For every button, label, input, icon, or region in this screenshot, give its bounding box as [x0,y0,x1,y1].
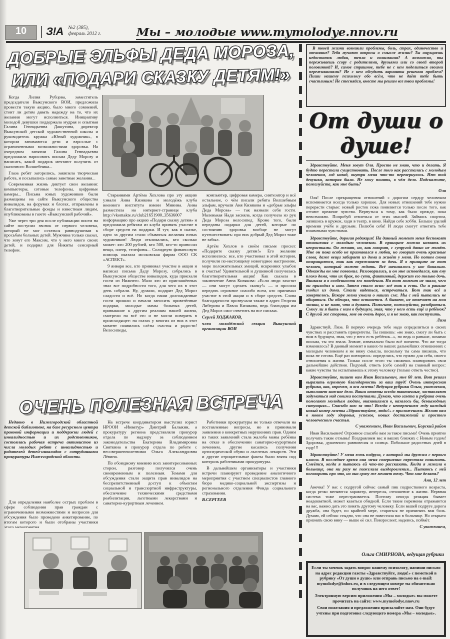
author-signature-role: член молодёжной секции Выксунской органи… [202,321,296,331]
contact-box-line: Электронную версию приложения «Мы – моло… [310,593,442,604]
letter-text: Здравствуйте, дорогая редакция! На данны… [306,236,446,317]
paragraph: компьютер, цифровая камера, синтезатор и… [202,193,296,243]
article-elves-body: Когда Лилия Рубцова, заместитель председ… [4,95,298,392]
paragraph: Уже через три дня после публикации писем… [4,218,98,253]
photo-meeting-speakers-image [25,533,141,608]
body-text: Работники прокуратуры не только отвечали… [202,420,296,502]
paragraph: Для определения наиболее острых проблем … [4,500,98,528]
body-text: Для определения наиболее острых проблем … [4,500,98,528]
soul-intro-box: В твоей жизни возникли проблемы, боль, с… [306,44,446,107]
letter-signature: Лиза [306,318,446,323]
paragraph: В дальнейшем организаторы и участники вс… [202,466,296,496]
letter-signature: Оля [306,188,446,193]
paragraph: Глаза ребят загорелись, закипела творчес… [4,171,98,181]
article-meeting-col2: На встрече координатором выступил юрист … [103,420,197,528]
body-text: Когда Лилия Рубцова, заместитель председ… [4,95,98,253]
photo-meeting-speakers [25,533,141,608]
psychologist-reply: Здравствуй, Лиза. В первую очередь тебе … [306,325,446,373]
issue-info: №2 (385), февраль 2012 г. [68,26,114,38]
body-text: В твоей жизни возникли проблемы, боль, с… [309,46,443,84]
reply-text: Здравствуй, Лиза. В первую очередь тебе … [306,325,446,373]
photo-meeting-audience [145,533,262,608]
photo-group-children [103,95,263,190]
column-divider [299,44,302,602]
soul-rubric-title: От души о душе! [306,108,446,158]
page-number: 10 [6,26,36,39]
paragraph: Современная жизнь диктует свои желания: … [4,182,98,217]
body-text: Стараниями Артёма Хохлова про эту акцию … [103,193,197,333]
article-elves-headline-line2: ИЛИ «ПОДАРИ СКАЗКУ ДЕТЯМ!» [4,64,298,92]
body-text: Недавно в Нижегородской областной детско… [4,420,98,460]
psychologist-reply: Оля! После прекращения отношений с дорог… [306,195,446,233]
article-meeting-body: Недавно в Нижегородской областной детско… [4,420,298,528]
psychologist-reply: Иван Васильевич! Огромное спасибо вам за… [306,431,446,450]
paragraph: Артём Хохлов в своём письме просил: «Под… [202,244,296,313]
paragraph: Стараниями Артёма Хохлова про эту акцию … [103,193,197,262]
letter-text: Здравствуйте. Меня зовут Оля. Просто не … [306,163,446,187]
body-text: Здравствуйте. Меня зовут Оля. Просто не … [306,163,446,529]
site-url: www.mymolodye.nnov.ru [240,25,398,39]
reply-signature: С уважением, [306,524,446,529]
paragraph: Когда Лилия Рубцова, заместитель председ… [4,95,98,169]
masthead: Мы – молодые www.mymolodye.nnov.ru [136,25,398,40]
author-signature: В.СЕРГЕЕВ [202,497,296,502]
article-meeting-col1: Недавно в Нижегородской областной детско… [4,420,98,528]
reply-text: Анечка! У вас с подругой сейчас самый пи… [306,485,446,523]
newspaper-page: 10 З!А №2 (385), февраль 2012 г. Мы – мо… [0,0,450,639]
article-meeting: ОЧЕНЬ ПОЛЕЗНАЯ ВСТРЕЧА Недавно в Нижегор… [4,392,298,528]
letter-signature: С уважением, Иван Васильевич, Борский ра… [306,424,446,429]
body-text: Если ты хочешь задать вопрос нашему псих… [310,565,442,616]
paragraph: По обоюдному мнению всех заинтересованны… [103,461,197,506]
psychologist-reply: Анечка! У вас с подругой сейчас самый пи… [306,485,446,529]
reader-letter: Здравствуйте, пишет вам Иван Васильевич,… [306,375,446,429]
masthead-title: Мы – молодые [136,25,236,39]
photo-group-children-image [103,95,263,190]
body-text: На встрече координатором выступил юрист … [103,420,197,506]
page-header: 10 З!А №2 (385), февраль 2012 г. Мы – мо… [6,23,446,43]
letter-text: Здравствуйте, пишет вам Иван Васильевич,… [306,375,446,423]
reply-text: Иван Васильевич! Огромное спасибо вам за… [306,431,446,450]
paragraph: Работники прокуратуры не только отвечали… [202,420,296,465]
psychologist-contact-box: Если ты хочешь задать вопрос нашему псих… [306,561,446,637]
contact-box-line: Свои пожелания и предложения присылайте … [310,605,442,616]
author-signature: Сергей ХОДЖАКОВ, [202,315,296,320]
photo-meeting-audience-image [145,533,262,608]
reader-letter: Здравствуйте, дорогая редакция! На данны… [306,236,446,323]
reader-letter: Здравствуйте! У меня есть подруга, с кот… [306,453,446,483]
article-elves: ДОБРЫЕ ЭЛЬФЫ ДЕДА МОРОЗА, ИЛИ «ПОДАРИ СК… [4,44,298,392]
reply-text: Оля! После прекращения отношений с дорог… [306,195,446,233]
newspaper-logo: З!А [41,26,63,38]
issue-date: февраль 2012 г. [68,32,114,38]
rubric-host-signature: Ольга СМИРНОВА, ведущая рубрики [306,553,444,558]
article-meeting-intro: Недавно в Нижегородской областной детско… [4,420,98,460]
letter-signature: Аня, 12 лет [306,477,446,482]
soul-intro-text: В твоей жизни возникли проблемы, боль, с… [309,46,443,84]
contact-box-line: Если ты хочешь задать вопрос нашему псих… [310,565,442,591]
letter-text: Здравствуйте! У меня есть подруга, с кот… [306,453,446,477]
article-meeting-col3: Работники прокуратуры не только отвечали… [202,420,296,528]
body-text: компьютер, цифровая камера, синтезатор и… [202,193,296,331]
paragraph: 9 января все, кто принимал участие в акц… [103,264,197,333]
soul-column: В твоей жизни возникли проблемы, боль, с… [306,44,446,637]
paragraph: На встрече координатором выступил юрист … [103,420,197,460]
article-meeting-headline: ОЧЕНЬ ПОЛЕЗНАЯ ВСТРЕЧА [4,388,298,419]
letters-section: Здравствуйте. Меня зовут Оля. Просто не … [306,160,446,551]
reader-letter: Здравствуйте. Меня зовут Оля. Просто не … [306,163,446,193]
article-elves-col1: Когда Лилия Рубцова, заместитель председ… [4,95,98,392]
